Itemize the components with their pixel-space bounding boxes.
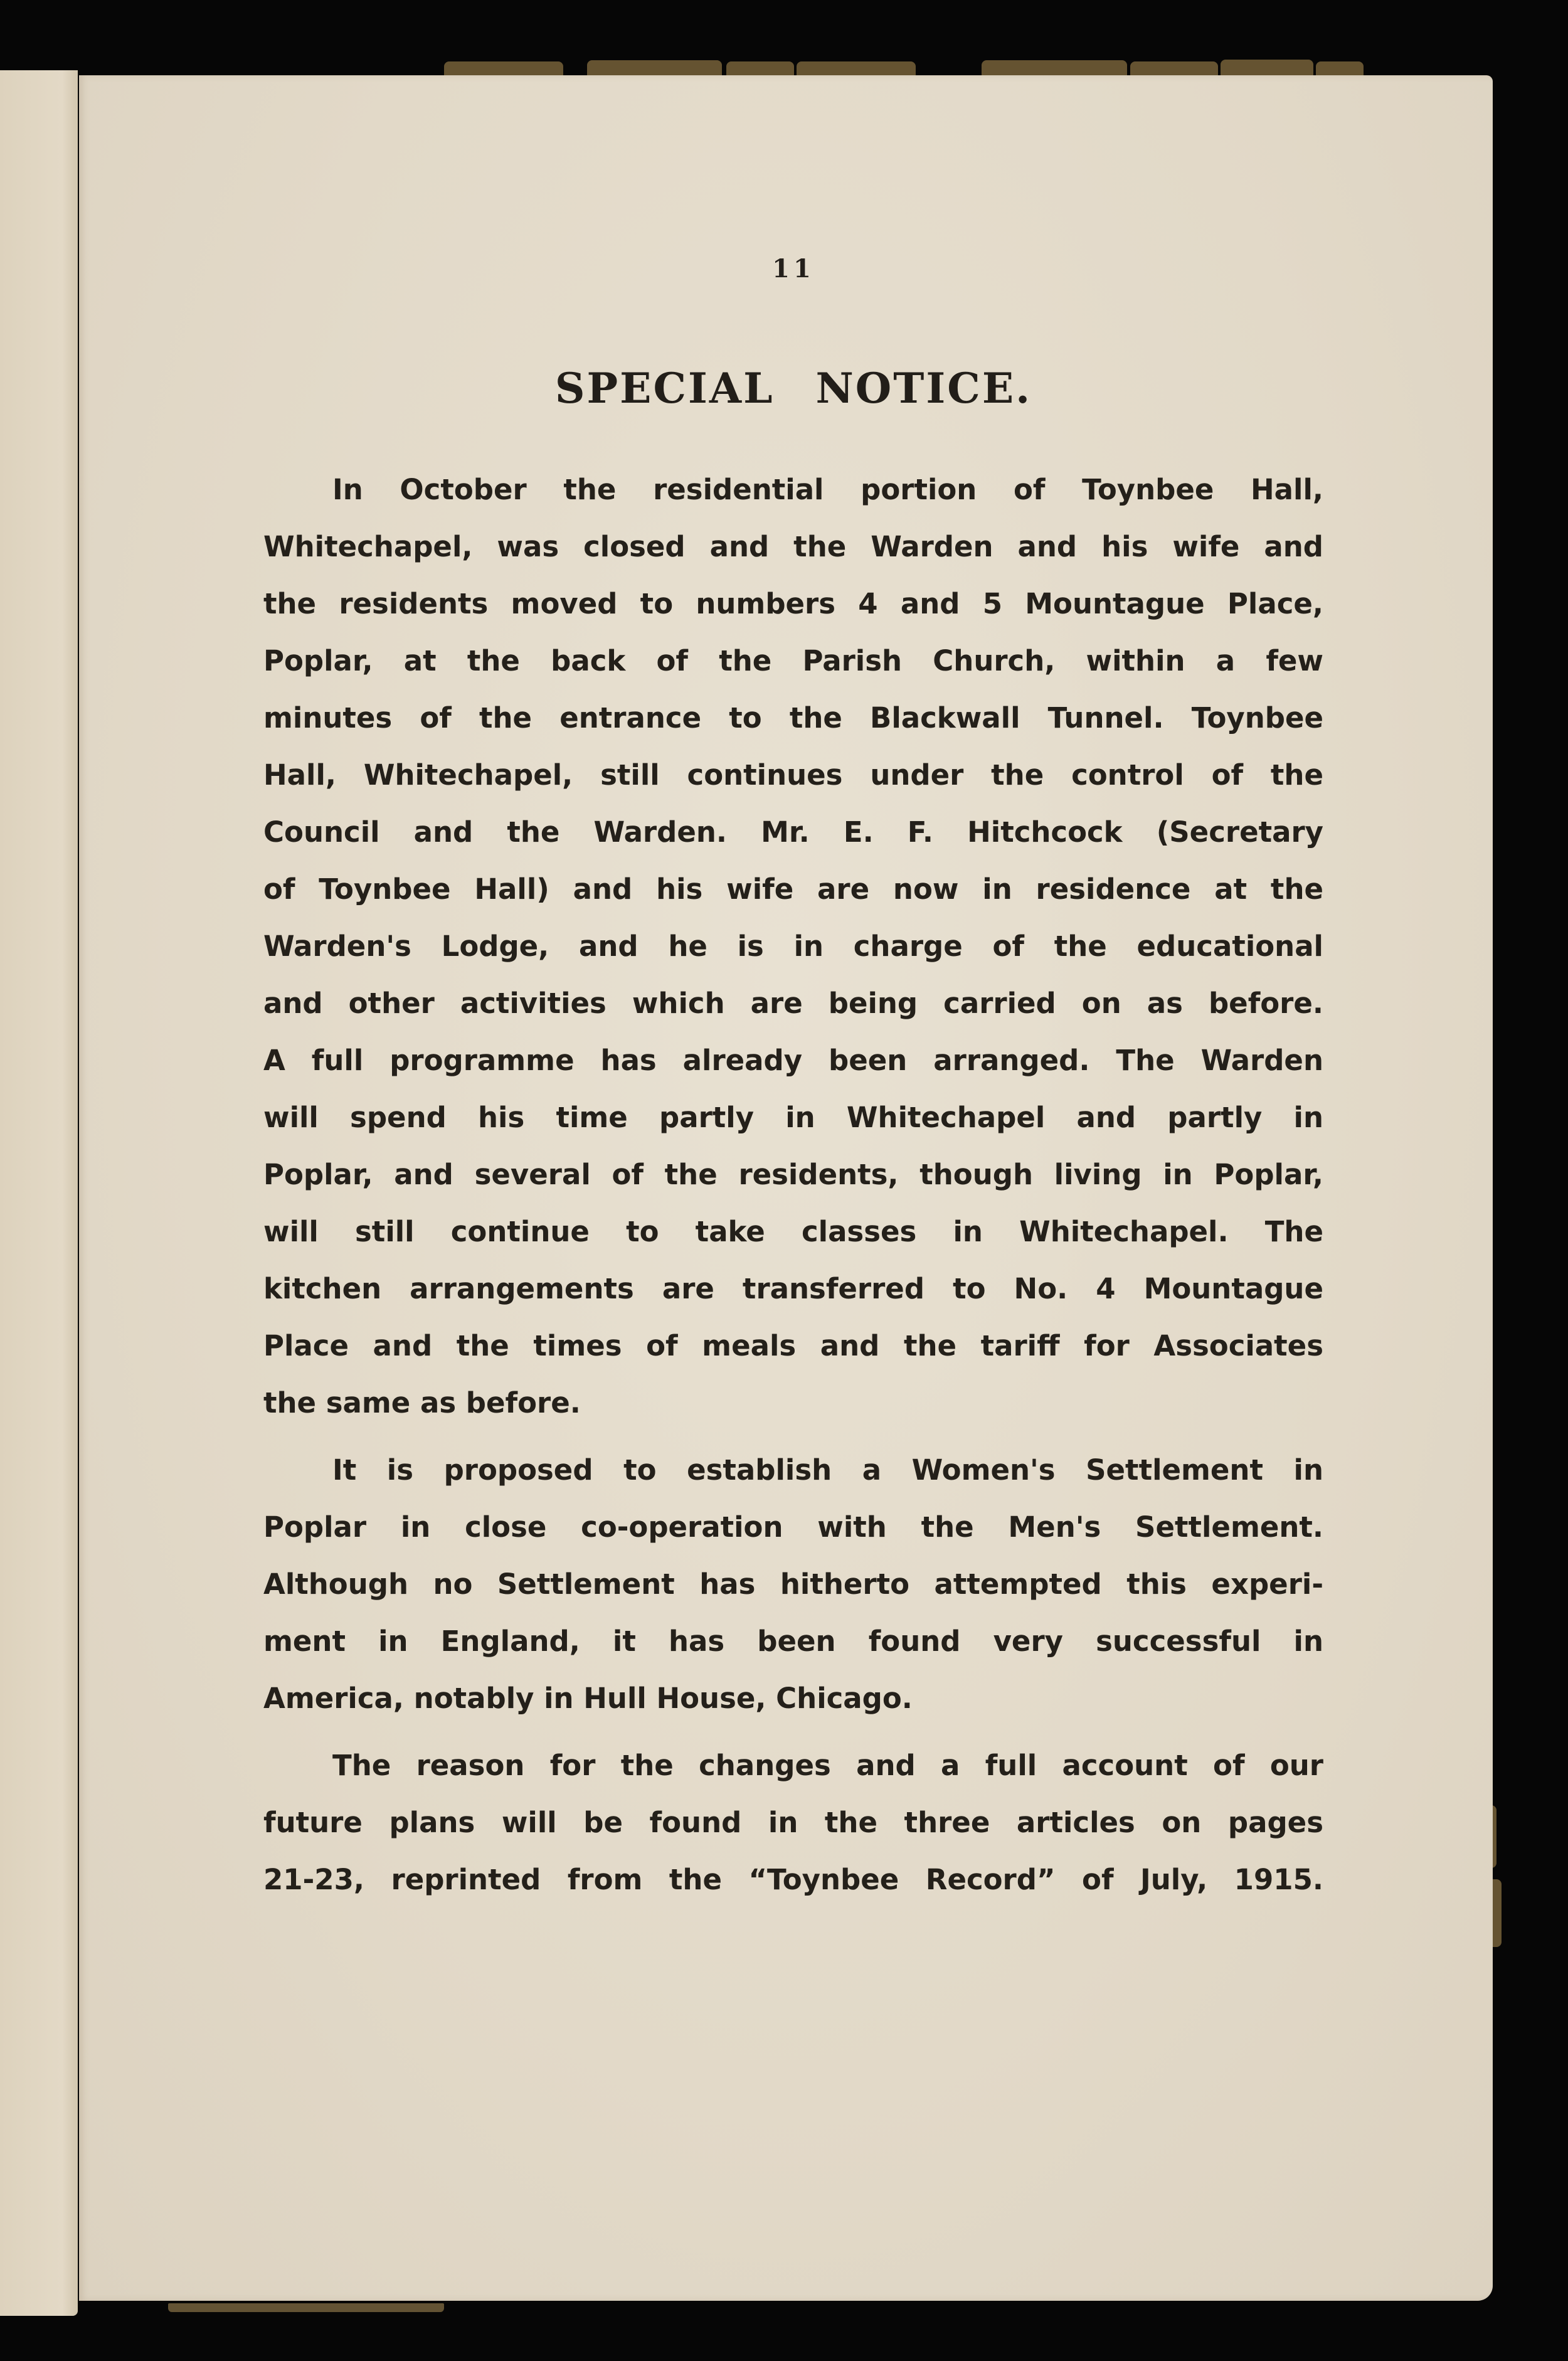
text-line: the residents moved to numbers 4 and 5 M… — [263, 575, 1323, 632]
page-title: SPECIAL NOTICE. — [263, 364, 1323, 413]
text-line: Warden's Lodge, and he is in charge of t… — [263, 918, 1323, 975]
binding-tab — [444, 61, 563, 77]
paragraph-reference: The reason for the changes and a full ac… — [263, 1737, 1323, 1908]
page-number: 11 — [263, 254, 1323, 284]
binding-tab — [726, 61, 794, 77]
text-line: Poplar, and several of the residents, th… — [263, 1146, 1323, 1203]
text-line: will spend his time partly in Whitechape… — [263, 1089, 1323, 1146]
text-line: ment in England, it has been found very … — [263, 1613, 1323, 1670]
paragraph-spacer — [263, 1727, 1323, 1737]
paragraph-relocation: In October the residential portion of To… — [263, 461, 1323, 1431]
text-line: Poplar, at the back of the Parish Church… — [263, 632, 1323, 689]
text-line: In October the residential portion of To… — [263, 461, 1323, 518]
text-line: Poplar in close co-operation with the Me… — [263, 1499, 1323, 1556]
text-line: kitchen arrangements are transferred to … — [263, 1260, 1323, 1317]
text-line: America, notably in Hull House, Chicago. — [263, 1670, 1323, 1727]
text-line: minutes of the entrance to the Blackwall… — [263, 689, 1323, 746]
paragraph-womens-settlement: It is proposed to establish a Women's Se… — [263, 1441, 1323, 1727]
text-line: the same as before. — [263, 1374, 1323, 1431]
paragraph-spacer — [263, 1431, 1323, 1441]
previous-page-edge — [0, 70, 78, 2316]
text-line: and other activities which are being car… — [263, 975, 1323, 1032]
text-line: Place and the times of meals and the tar… — [263, 1317, 1323, 1374]
text-line: Whitechapel, was closed and the Warden a… — [263, 518, 1323, 575]
text-line: Although no Settlement has hitherto atte… — [263, 1556, 1323, 1613]
text-line: The reason for the changes and a full ac… — [263, 1737, 1323, 1794]
text-line: future plans will be found in the three … — [263, 1794, 1323, 1851]
binding-tab — [168, 2303, 444, 2312]
text-line: Council and the Warden. Mr. E. F. Hitchc… — [263, 804, 1323, 861]
text-line: A full programme has already been arrang… — [263, 1032, 1323, 1089]
binding-tab — [587, 60, 722, 77]
text-line: 21-23, reprinted from the “Toynbee Recor… — [263, 1851, 1323, 1908]
notice-body: In October the residential portion of To… — [263, 461, 1323, 1908]
text-line: will still continue to take classes in W… — [263, 1203, 1323, 1260]
text-line: of Toynbee Hall) and his wife are now in… — [263, 861, 1323, 918]
text-line: Hall, Whitechapel, still continues under… — [263, 746, 1323, 804]
text-line: It is proposed to establish a Women's Se… — [263, 1441, 1323, 1499]
